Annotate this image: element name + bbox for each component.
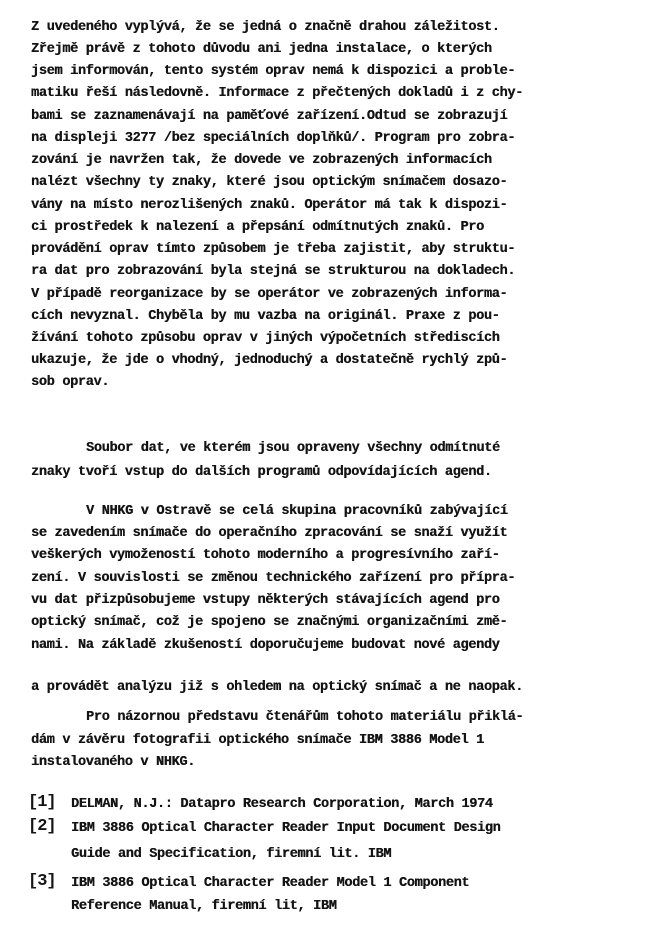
text-line: Zřejmě právě z tohoto důvodu ani jedna i… (31, 42, 492, 58)
text-line: dám v závěru fotografii optického snímač… (31, 733, 484, 749)
text-line: se zavedením snímače do operačního zprac… (31, 526, 507, 542)
text-line: veškerých vymožeností tohoto moderního a… (31, 548, 499, 564)
reference-text: Reference Manual, firemní lit, IBM (71, 899, 336, 915)
text-line: znaky tvoří vstup do dalších programů od… (31, 465, 492, 481)
text-line: cích nevyznal. Chyběla by mu vazba na or… (31, 309, 499, 325)
text-line: ra dat pro zobrazování byla stejná se st… (31, 264, 515, 280)
text-line: optický snímač, což je spojeno se značný… (31, 615, 507, 631)
text-line: ci prostředek k nalezení a přepsání odmí… (31, 220, 484, 236)
text-line: zení. V souvislosti se změnou technickéh… (31, 571, 515, 587)
text-line: na displeji 3277 /bez speciálních doplňk… (31, 131, 515, 147)
text-line: Soubor dat, ve kterém jsou opraveny všec… (86, 441, 500, 457)
text-line: nalézt všechny ty znaky, které jsou opti… (31, 175, 507, 191)
text-line: a provádět analýzu již s ohledem na opti… (31, 680, 523, 696)
text-line: nami. Na základě zkušeností doporučujeme… (31, 638, 499, 654)
reference-number: [2] (28, 818, 56, 836)
text-line: žívání tohoto způsobu oprav v jiných výp… (31, 331, 499, 347)
reference-number: [3] (28, 873, 56, 891)
text-line: bami se zaznamenávají na paměťové zaříze… (31, 109, 507, 125)
text-line: V případě reorganizace by se operátor ve… (31, 287, 507, 303)
text-line: provádění oprav tímto způsobem je třeba … (31, 242, 515, 258)
reference-text: DELMAN, N.J.: Datapro Research Corporati… (71, 797, 493, 813)
text-line: jsem informován, tento systém oprav nemá… (31, 64, 515, 80)
text-line: vu dat přizpůsobujeme vstupy některých s… (31, 593, 499, 609)
text-line: sob oprav. (31, 375, 109, 391)
typewritten-page: Z uvedeného vyplývá, že se jedná o značn… (0, 0, 654, 935)
text-line: vány na místo nerozlišených znaků. Operá… (31, 198, 507, 214)
reference-text: IBM 3886 Optical Character Reader Model … (71, 876, 469, 892)
text-line: Pro názornou představu čtenářům tohoto m… (86, 710, 523, 726)
text-line: V NHKG v Ostravě se celá skupina pracovn… (86, 504, 508, 520)
text-line: zování je navržen tak, že dovede ve zobr… (31, 153, 492, 169)
text-line: instalovaného v NHKG. (31, 755, 195, 771)
reference-number: [1] (28, 794, 56, 812)
reference-text: IBM 3886 Optical Character Reader Input … (71, 821, 500, 837)
text-line: matiku řeší následovně. Informace z přeč… (31, 86, 523, 102)
text-line: ukazuje, že jde o vhodný, jednoduchý a d… (31, 353, 507, 369)
text-line: Z uvedeného vyplývá, že se jedná o značn… (31, 20, 499, 36)
reference-text: Guide and Specification, firemní lit. IB… (71, 847, 391, 863)
